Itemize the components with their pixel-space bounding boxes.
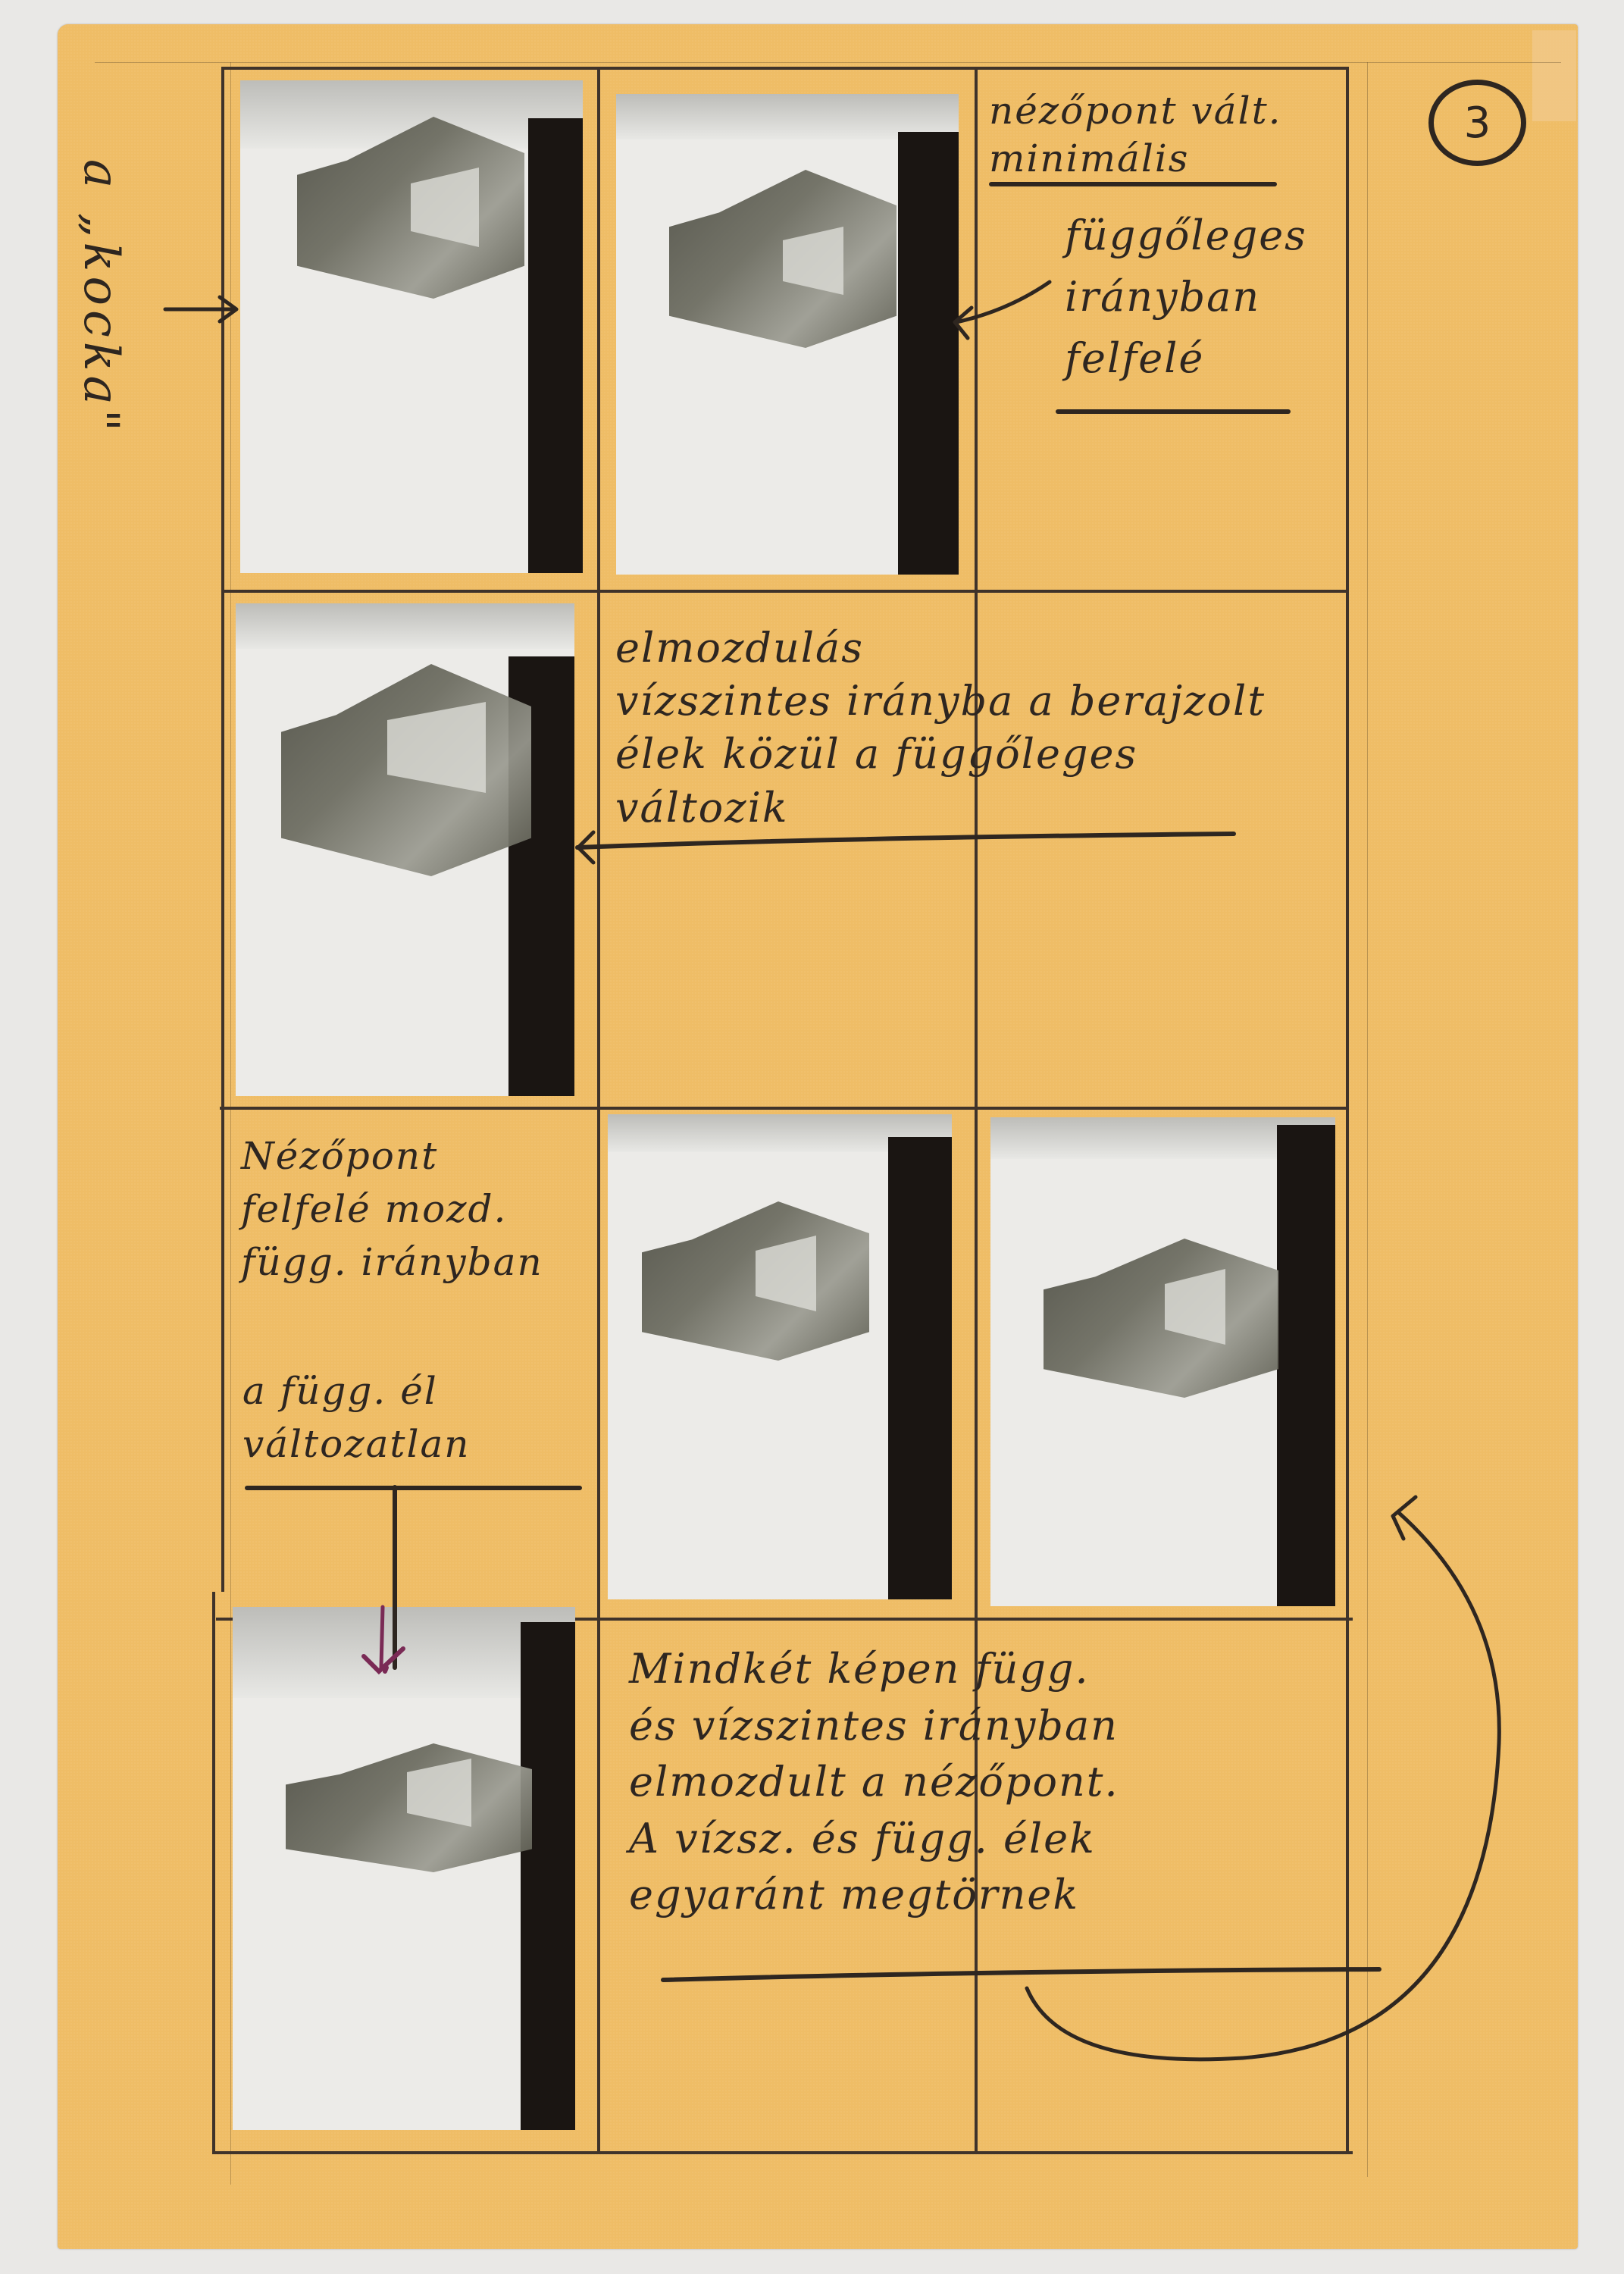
annotation-arrows — [0, 0, 1624, 2274]
curved-arrow-to-photo-5-icon — [1027, 1512, 1499, 2059]
arrow-to-photo-2-icon — [956, 282, 1050, 322]
arrow-to-photo-3-icon — [577, 834, 1234, 847]
underline-bottom-note — [663, 1969, 1379, 1980]
